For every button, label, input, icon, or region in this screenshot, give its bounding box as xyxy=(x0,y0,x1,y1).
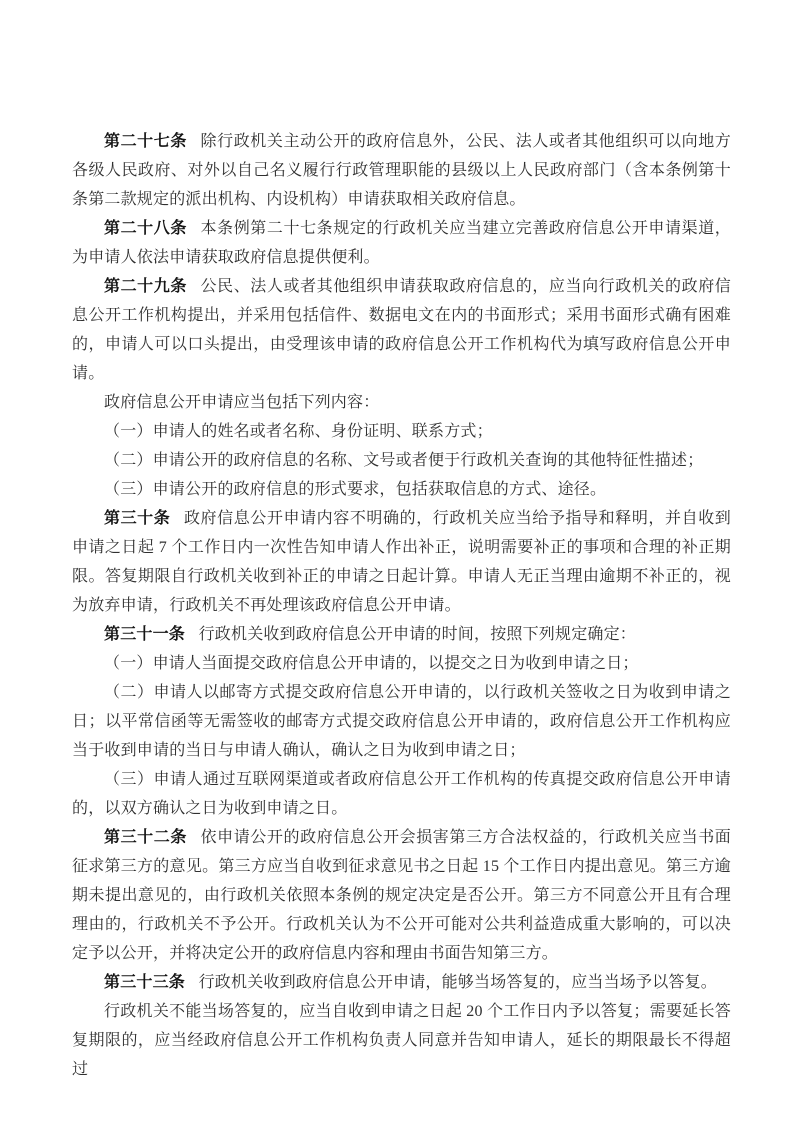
article-number: 第二十九条 xyxy=(104,278,187,295)
article-paragraph: 第三十二条依申请公开的政府信息公开会损害第三方合法权益的，行政机关应当书面征求第… xyxy=(72,823,731,968)
paragraph-text: （二）申请公开的政府信息的名称、文号或者便于行政机关查询的其他特征性描述； xyxy=(104,452,703,469)
paragraph-text: （一）申请人当面提交政府信息公开申请的，以提交之日为收到申请之日； xyxy=(104,655,639,672)
article-number: 第三十条 xyxy=(104,510,170,527)
paragraph-text: 依申请公开的政府信息公开会损害第三方合法权益的，行政机关应当书面征求第三方的意见… xyxy=(72,829,731,962)
paragraph-text: （三）申请人通过互联网渠道或者政府信息公开工作机构的传真提交政府信息公开申请的，… xyxy=(72,771,731,817)
body-paragraph: （三）申请公开的政府信息的形式要求，包括获取信息的方式、途径。 xyxy=(72,475,731,504)
article-paragraph: 第二十九条公民、法人或者其他组织申请获取政府信息的，应当向行政机关的政府信息公开… xyxy=(72,272,731,388)
body-paragraph: （一）申请人的姓名或者名称、身份证明、联系方式； xyxy=(72,417,731,446)
article-number: 第三十一条 xyxy=(104,626,185,643)
body-paragraph: （三）申请人通过互联网渠道或者政府信息公开工作机构的传真提交政府信息公开申请的，… xyxy=(72,765,731,823)
paragraph-text: （三）申请公开的政府信息的形式要求，包括获取信息的方式、途径。 xyxy=(104,481,606,498)
paragraph-text: 政府信息公开申请内容不明确的，行政机关应当给予指导和释明，并自收到申请之日起 7… xyxy=(72,510,731,614)
article-paragraph: 第三十三条行政机关收到政府信息公开申请，能够当场答复的，应当当场予以答复。 xyxy=(72,968,731,997)
paragraph-text: （二）申请人以邮寄方式提交政府信息公开申请的，以行政机关签收之日为收到申请之日；… xyxy=(72,684,731,759)
body-paragraph: （二）申请公开的政府信息的名称、文号或者便于行政机关查询的其他特征性描述； xyxy=(72,446,731,475)
paragraph-text: 行政机关收到政府信息公开申请的时间，按照下列规定确定： xyxy=(199,626,636,643)
body-paragraph: 行政机关不能当场答复的，应当自收到申请之日起 20 个工作日内予以答复；需要延长… xyxy=(72,997,731,1084)
document-body: 第二十七条除行政机关主动公开的政府信息外，公民、法人或者其他组织可以向地方各级人… xyxy=(72,127,731,1084)
article-number: 第三十三条 xyxy=(104,974,185,991)
body-paragraph: （二）申请人以邮寄方式提交政府信息公开申请的，以行政机关签收之日为收到申请之日；… xyxy=(72,678,731,765)
body-paragraph: （一）申请人当面提交政府信息公开申请的，以提交之日为收到申请之日； xyxy=(72,649,731,678)
article-paragraph: 第三十条政府信息公开申请内容不明确的，行政机关应当给予指导和释明，并自收到申请之… xyxy=(72,504,731,620)
document-page: 第二十七条除行政机关主动公开的政府信息外，公民、法人或者其他组织可以向地方各级人… xyxy=(0,0,793,1122)
paragraph-text: （一）申请人的姓名或者名称、身份证明、联系方式； xyxy=(104,423,493,440)
article-paragraph: 第二十八条本条例第二十七条规定的行政机关应当建立完善政府信息公开申请渠道，为申请… xyxy=(72,214,731,272)
body-paragraph: 政府信息公开申请应当包括下列内容： xyxy=(72,388,731,417)
article-paragraph: 第三十一条行政机关收到政府信息公开申请的时间，按照下列规定确定： xyxy=(72,620,731,649)
article-number: 第二十七条 xyxy=(104,133,187,150)
paragraph-text: 行政机关收到政府信息公开申请，能够当场答复的，应当当场予以答复。 xyxy=(199,974,717,991)
paragraph-text: 政府信息公开申请应当包括下列内容： xyxy=(104,394,379,411)
article-number: 第三十二条 xyxy=(104,829,187,846)
article-paragraph: 第二十七条除行政机关主动公开的政府信息外，公民、法人或者其他组织可以向地方各级人… xyxy=(72,127,731,214)
paragraph-text: 行政机关不能当场答复的，应当自收到申请之日起 20 个工作日内予以答复；需要延长… xyxy=(72,1003,731,1078)
article-number: 第二十八条 xyxy=(104,220,187,237)
